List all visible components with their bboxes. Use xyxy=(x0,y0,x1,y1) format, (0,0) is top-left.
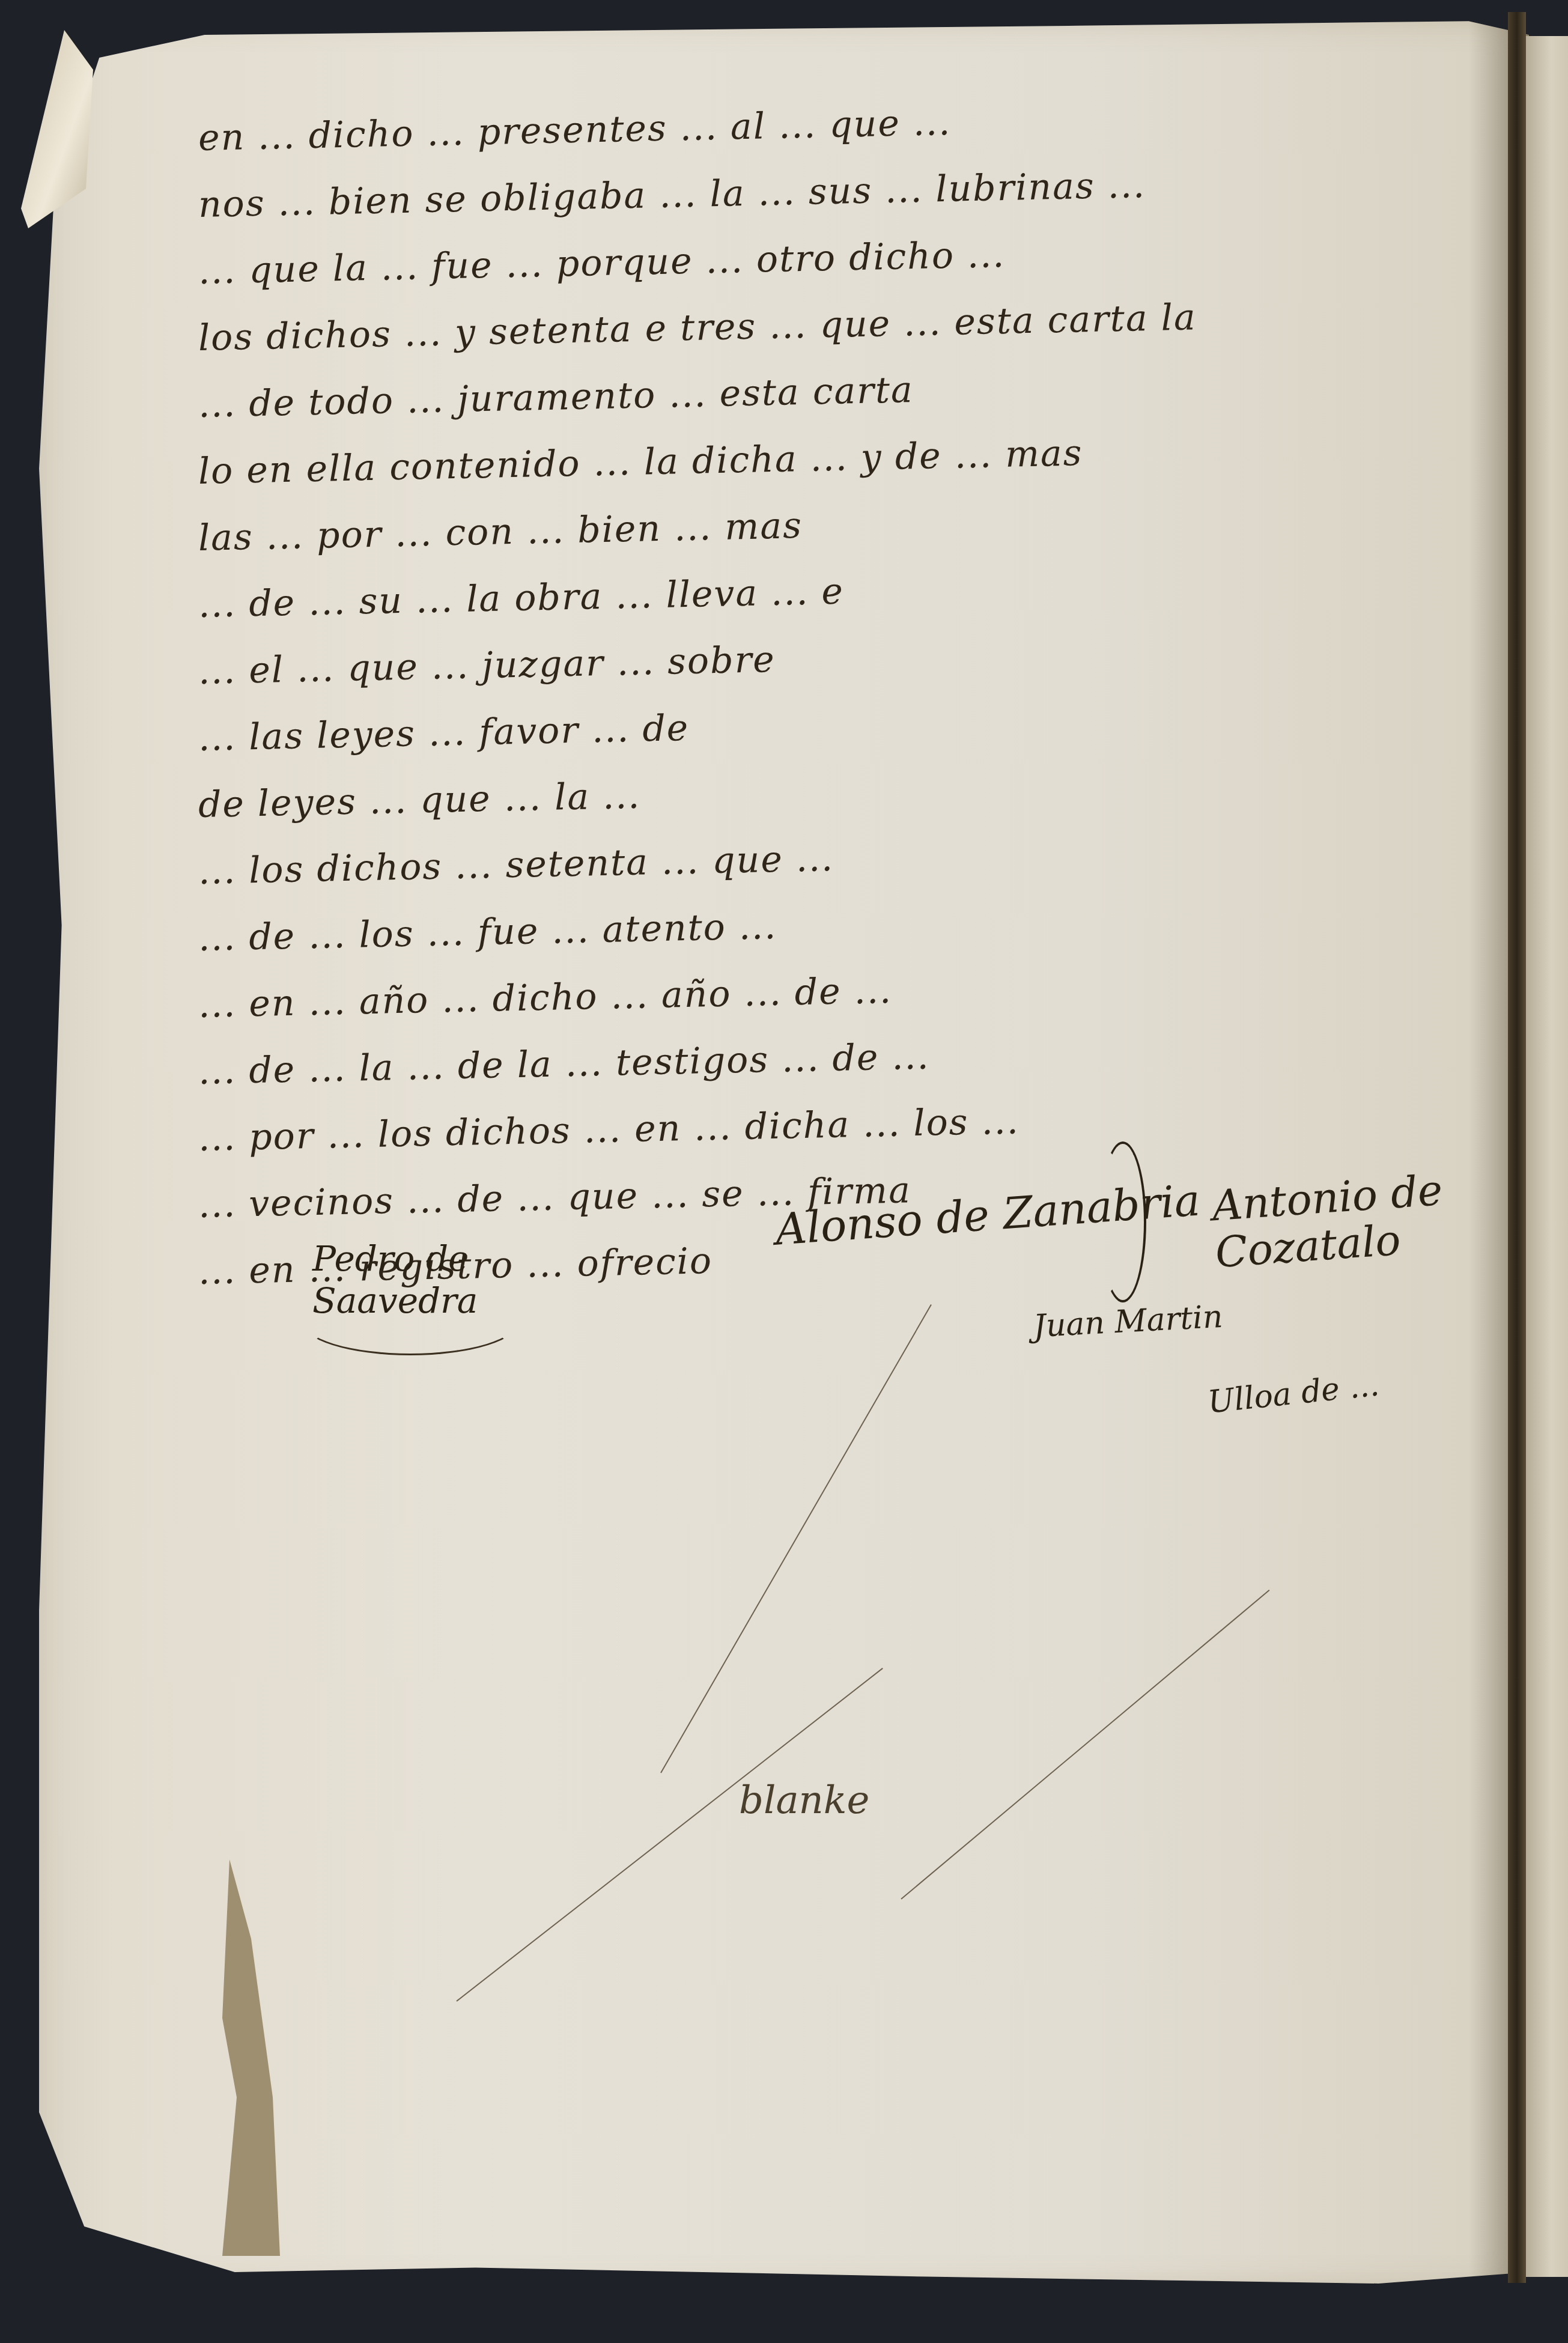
marginal-note: blanke xyxy=(739,1778,869,1823)
signature-flourish xyxy=(300,1286,520,1355)
signature-antonio: Antonio de Cozatalo xyxy=(1211,1167,1447,1276)
adjacent-page-edge xyxy=(1526,36,1568,2277)
signature-line: Pedro de xyxy=(312,1238,478,1280)
book-gutter xyxy=(1508,12,1526,2283)
manuscript-body: en ... dicho ... presentes ... al ... qu… xyxy=(198,105,1508,1305)
signature-paraph xyxy=(1099,1141,1146,1302)
